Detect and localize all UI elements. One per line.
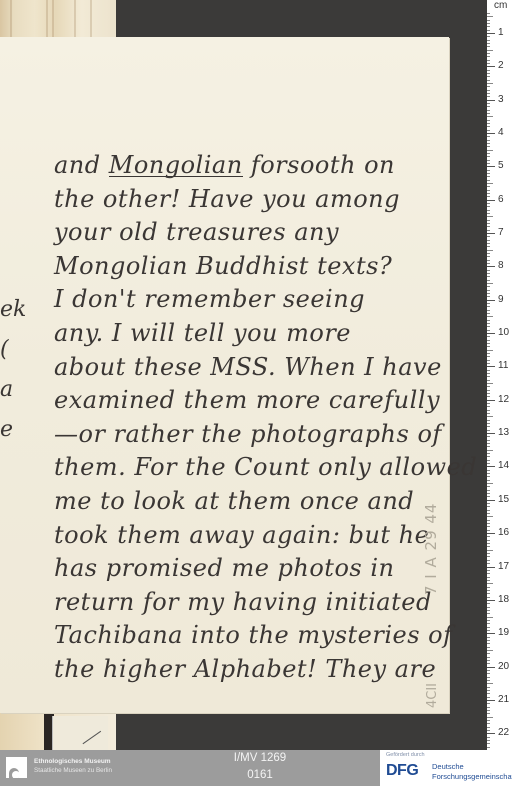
ruler-tick [487,650,493,651]
ruler-tick [487,100,495,101]
ruler-tick [487,300,495,301]
ruler-tick [487,663,490,664]
ruler-tick [487,40,490,41]
text-line: the higher Alphabet! They are [54,653,446,687]
ruler-tick [487,273,490,274]
ruler-tick [487,176,490,177]
ruler-tick [487,480,490,481]
ruler-tick [487,323,490,324]
page-number: 0161 [210,769,310,781]
text-line: examined them more carefully [54,384,446,418]
ruler-tick [487,346,490,347]
ruler-tick [487,493,490,494]
ruler-tick [487,183,493,184]
ruler-tick [487,280,490,281]
ruler-tick [487,56,490,57]
ruler-tick [487,690,490,691]
ruler-tick [487,530,490,531]
ruler-tick [487,116,493,117]
text-line: has promised me photos in [54,552,446,586]
ruler-tick [487,443,490,444]
ruler-tick [487,513,490,514]
ruler-tick [487,303,490,304]
ruler-tick [487,260,490,261]
ruler-tick [487,166,495,167]
ruler-tick [487,603,490,604]
text-line: I don't remember seeing [54,283,446,317]
ruler-tick [487,737,490,738]
ruler-tick [487,106,490,107]
ruler-tick [487,593,490,594]
ruler-tick [487,463,490,464]
ruler-tick [487,196,490,197]
ruler-tick [487,747,490,748]
funder-name-line1: Deutsche [432,762,464,771]
ruler-tick [487,146,490,147]
ruler-tick [487,553,490,554]
ruler-tick [487,293,490,294]
ruler-tick [487,206,490,207]
ruler-tick [487,20,490,21]
text-line: any. I will tell you more [54,317,446,351]
institution-subtitle: Staatliche Museen zu Berlin [34,767,112,774]
ruler-tick [487,573,490,574]
text-line: and Mongolian forsooth on [54,149,446,183]
ruler-tick [487,406,490,407]
ruler-tick [487,643,490,644]
ruler-tick [487,386,490,387]
ruler-tick [487,153,490,154]
ruler-tick [487,86,490,87]
ruler-tick [487,637,490,638]
letter-sheet: ek ( a e and Mongolian forsooth on the o… [0,37,449,713]
ruler-tick [487,743,490,744]
ruler-tick [487,410,490,411]
ruler-tick [487,256,490,257]
ruler-tick [487,403,490,404]
cm-ruler: cm 12345678910111213141516171819202122 [487,0,512,750]
ruler-tick [487,283,493,284]
ruler-label: 18 [498,595,509,605]
ruler-tick [487,310,490,311]
ruler-tick [487,110,490,111]
ruler-tick [487,200,495,201]
ruler-tick [487,506,490,507]
ruler-tick [487,90,490,91]
ruler-label: 19 [498,628,509,638]
ruler-tick [487,740,490,741]
ruler-label: 8 [498,261,504,271]
ruler-tick [487,226,490,227]
ruler-tick [487,450,493,451]
ruler-tick [487,707,490,708]
text-line: Mongolian Buddhist texts? [54,250,446,284]
ruler-label: 1 [498,28,504,38]
ruler-tick [487,490,490,491]
ruler-tick [487,333,495,334]
ruler-tick [487,233,495,234]
ruler-tick [487,723,490,724]
ruler-tick [487,313,490,314]
ruler-tick [487,516,493,517]
ruler-tick [487,563,490,564]
ruler-label: 17 [498,562,509,572]
margin-fragment: a [0,377,30,417]
pencil-inventory-annotation: 7 I A 29 44 [422,503,440,595]
text-line: took them away again: but he [54,519,446,553]
ruler-tick [487,53,490,54]
ruler-tick [487,400,495,401]
ruler-tick [487,70,490,71]
ruler-label: 9 [498,295,504,305]
ruler-tick [487,23,490,24]
ruler-tick [487,720,490,721]
ruler-tick [487,583,493,584]
ruler-tick [487,360,490,361]
ruler-label: 16 [498,528,509,538]
ruler-tick [487,683,493,684]
ruler-tick [487,677,490,678]
ruler-tick [487,446,490,447]
funder-caption: Gefördert durch [386,752,425,758]
ruler-tick [487,393,490,394]
ruler-tick [487,727,490,728]
ruler-tick [487,476,490,477]
ruler-tick [487,316,493,317]
left-margin-fragments: ek ( a e [0,297,30,457]
text-line: about these MSS. When I have [54,351,446,385]
ruler-label: 22 [498,728,509,738]
ruler-tick [487,336,490,337]
ruler-tick [487,623,490,624]
ruler-tick [487,170,490,171]
margin-fragment: ek [0,297,30,337]
ruler-tick [487,630,490,631]
ruler-tick [487,203,490,204]
ruler-tick [487,436,490,437]
ruler-tick [487,577,490,578]
ruler-tick [487,653,490,654]
ruler-label: 14 [498,461,509,471]
ruler-tick [487,733,495,734]
ruler-tick [487,420,490,421]
ruler-tick [487,713,490,714]
ruler-tick [487,540,490,541]
ruler-tick [487,173,490,174]
ruler-tick [487,26,490,27]
ruler-tick [487,193,490,194]
ruler-tick [487,230,490,231]
ruler-tick [487,123,490,124]
handwritten-text: and Mongolian forsooth on the other! Hav… [54,149,446,687]
ruler-tick [487,286,490,287]
ruler-tick [487,353,490,354]
ruler-tick [487,240,490,241]
ruler-tick [487,717,493,718]
ruler-tick [487,657,490,658]
ruler-tick [487,356,490,357]
ruler-tick [487,680,490,681]
underlying-page-bottom [0,712,116,750]
ruler-tick [487,343,490,344]
ruler-tick [487,617,493,618]
ruler-tick [487,46,490,47]
ruler-tick [487,413,490,414]
ruler-tick [487,320,490,321]
ruler-tick [487,373,490,374]
ruler-tick [487,270,490,271]
ruler-tick [487,296,490,297]
ruler-unit: cm [494,0,507,11]
ruler-tick [487,186,490,187]
text-line: the other! Have you among [54,183,446,217]
margin-fragment: ( [0,337,30,377]
ruler-tick [487,546,490,547]
ruler-label: 13 [498,428,509,438]
ruler-tick [487,143,490,144]
dfg-logo-icon: DFG [386,762,418,780]
ruler-tick [487,340,490,341]
ruler-tick [487,390,490,391]
ruler-tick [487,640,490,641]
ruler-tick [487,456,490,457]
ruler-tick [487,613,490,614]
institution-name: Ethnologisches Museum [34,758,111,765]
ruler-tick [487,700,495,701]
ruler-tick [487,93,490,94]
ruler-tick [487,96,490,97]
ruler-tick [487,276,490,277]
ruler-tick [487,133,495,134]
ruler-label: 12 [498,395,509,405]
ruler-tick [487,253,490,254]
ruler-tick [487,620,490,621]
text-line: your old treasures any [54,216,446,250]
ruler-tick [487,673,490,674]
ruler-tick [487,416,493,417]
ruler-tick [487,486,490,487]
ruler-tick [487,80,490,81]
ruler-tick [487,670,490,671]
ruler-tick [487,113,490,114]
ruler-label: 11 [498,361,508,371]
ruler-tick [487,210,490,211]
ruler-label: 3 [498,95,504,105]
ruler-tick [487,633,495,634]
ruler-tick [487,266,495,267]
ruler-tick [487,306,490,307]
text-line: Tachibana into the mysteries of [54,619,446,653]
ruler-tick [487,140,490,141]
ruler-tick [487,627,490,628]
ruler-tick [487,243,490,244]
ruler-tick [487,430,490,431]
ruler-tick [487,130,490,131]
ruler-label: 10 [498,328,509,338]
ruler-tick [487,647,490,648]
ruler-tick [487,533,495,534]
pencil-folio-annotation: 4CII [425,683,440,708]
ruler-tick [487,543,490,544]
museum-wave-logo-icon [6,757,27,778]
ruler-tick [487,250,493,251]
underlying-page-top [0,0,116,38]
underlined-word: Mongolian [109,154,243,177]
ruler-label: 21 [498,695,509,705]
ruler-tick [487,136,490,137]
ruler-tick [487,693,490,694]
ruler-label: 6 [498,195,504,205]
ruler-tick [487,33,495,34]
ruler-label: 20 [498,662,509,672]
ruler-tick [487,510,490,511]
ruler-tick [487,383,493,384]
ruler-tick [487,73,490,74]
ruler-tick [487,503,490,504]
ruler-tick [487,453,490,454]
ruler-tick [487,236,490,237]
ruler-tick [487,220,490,221]
ruler-tick [487,190,490,191]
ruler-tick [487,380,490,381]
ruler-tick [487,63,490,64]
ruler-tick [487,263,490,264]
ruler-tick [487,43,490,44]
funder-name-line2: Forschungsgemeinschaft [432,772,512,781]
ruler-tick [487,120,490,121]
ruler-tick [487,370,490,371]
ruler-tick [487,526,490,527]
ruler-tick [487,470,490,471]
ruler-tick [487,223,490,224]
ruler-tick [487,730,490,731]
ruler-tick [487,473,490,474]
ruler-tick [487,710,490,711]
ruler-tick [487,570,490,571]
ruler-tick [487,163,490,164]
ruler-tick [487,246,490,247]
text-line: return for my having initiated [54,586,446,620]
ruler-label: 2 [498,61,504,71]
ruler-tick [487,600,495,601]
ruler-tick [487,697,490,698]
funder-panel: Gefördert durch DFG Deutsche Forschungsg… [380,750,512,786]
ruler-tick [487,597,490,598]
ruler-tick [487,126,490,127]
ruler-tick [487,396,490,397]
ruler-tick [487,60,490,61]
ruler-label: 15 [498,495,509,505]
ruler-label: 4 [498,128,504,138]
ruler-tick [487,440,490,441]
ruler-tick [487,500,495,501]
ruler-tick [487,610,490,611]
ruler-tick [487,350,493,351]
ruler-tick [487,426,490,427]
ruler-tick [487,30,490,31]
text-line: them. For the Count only allowed [54,451,446,485]
ruler-tick [487,150,493,151]
ruler-label: 7 [498,228,504,238]
ruler-tick [487,703,490,704]
ruler-tick [487,326,490,327]
ruler-tick [487,660,490,661]
ruler-tick [487,156,490,157]
ruler-tick [487,580,490,581]
ruler-tick [487,460,490,461]
ruler-tick [487,66,495,67]
ruler-tick [487,556,490,557]
ruler-tick [487,483,493,484]
ruler-tick [487,590,490,591]
ruler-tick [487,16,493,17]
ruler-tick [487,160,490,161]
shelfmark: I/MV 1269 [210,752,310,764]
ruler-tick [487,180,490,181]
ruler-tick [487,213,490,214]
ruler-tick [487,466,495,467]
ruler-tick [487,103,490,104]
ruler-tick [487,587,490,588]
ruler-tick [487,550,493,551]
margin-fragment: e [0,417,30,457]
footer-bar: Ethnologisches Museum Staatliche Museen … [0,750,512,786]
ruler-tick [487,36,490,37]
text-line: me to look at them once and [54,485,446,519]
ruler-tick [487,376,490,377]
ruler-tick [487,423,490,424]
document-viewer: ek ( a e and Mongolian forsooth on the o… [0,0,512,750]
ruler-tick [487,83,493,84]
ruler-tick [487,523,490,524]
ruler-tick [487,363,490,364]
ruler-tick [487,687,490,688]
ruler-tick [487,607,490,608]
ruler-tick [487,567,495,568]
ruler-tick [487,536,490,537]
ruler-tick [487,13,490,14]
ruler-label: 5 [498,161,504,171]
ruler-tick [487,496,490,497]
ruler-tick [487,520,490,521]
ruler-tick [487,433,495,434]
ruler-tick [487,216,493,217]
ruler-tick [487,290,490,291]
ruler-tick [487,667,495,668]
text-line: —or rather the photographs of [54,418,446,452]
ruler-tick [487,330,490,331]
ruler-tick [487,366,495,367]
ruler-tick [487,560,490,561]
ruler-tick [487,50,493,51]
ruler-tick [487,76,490,77]
